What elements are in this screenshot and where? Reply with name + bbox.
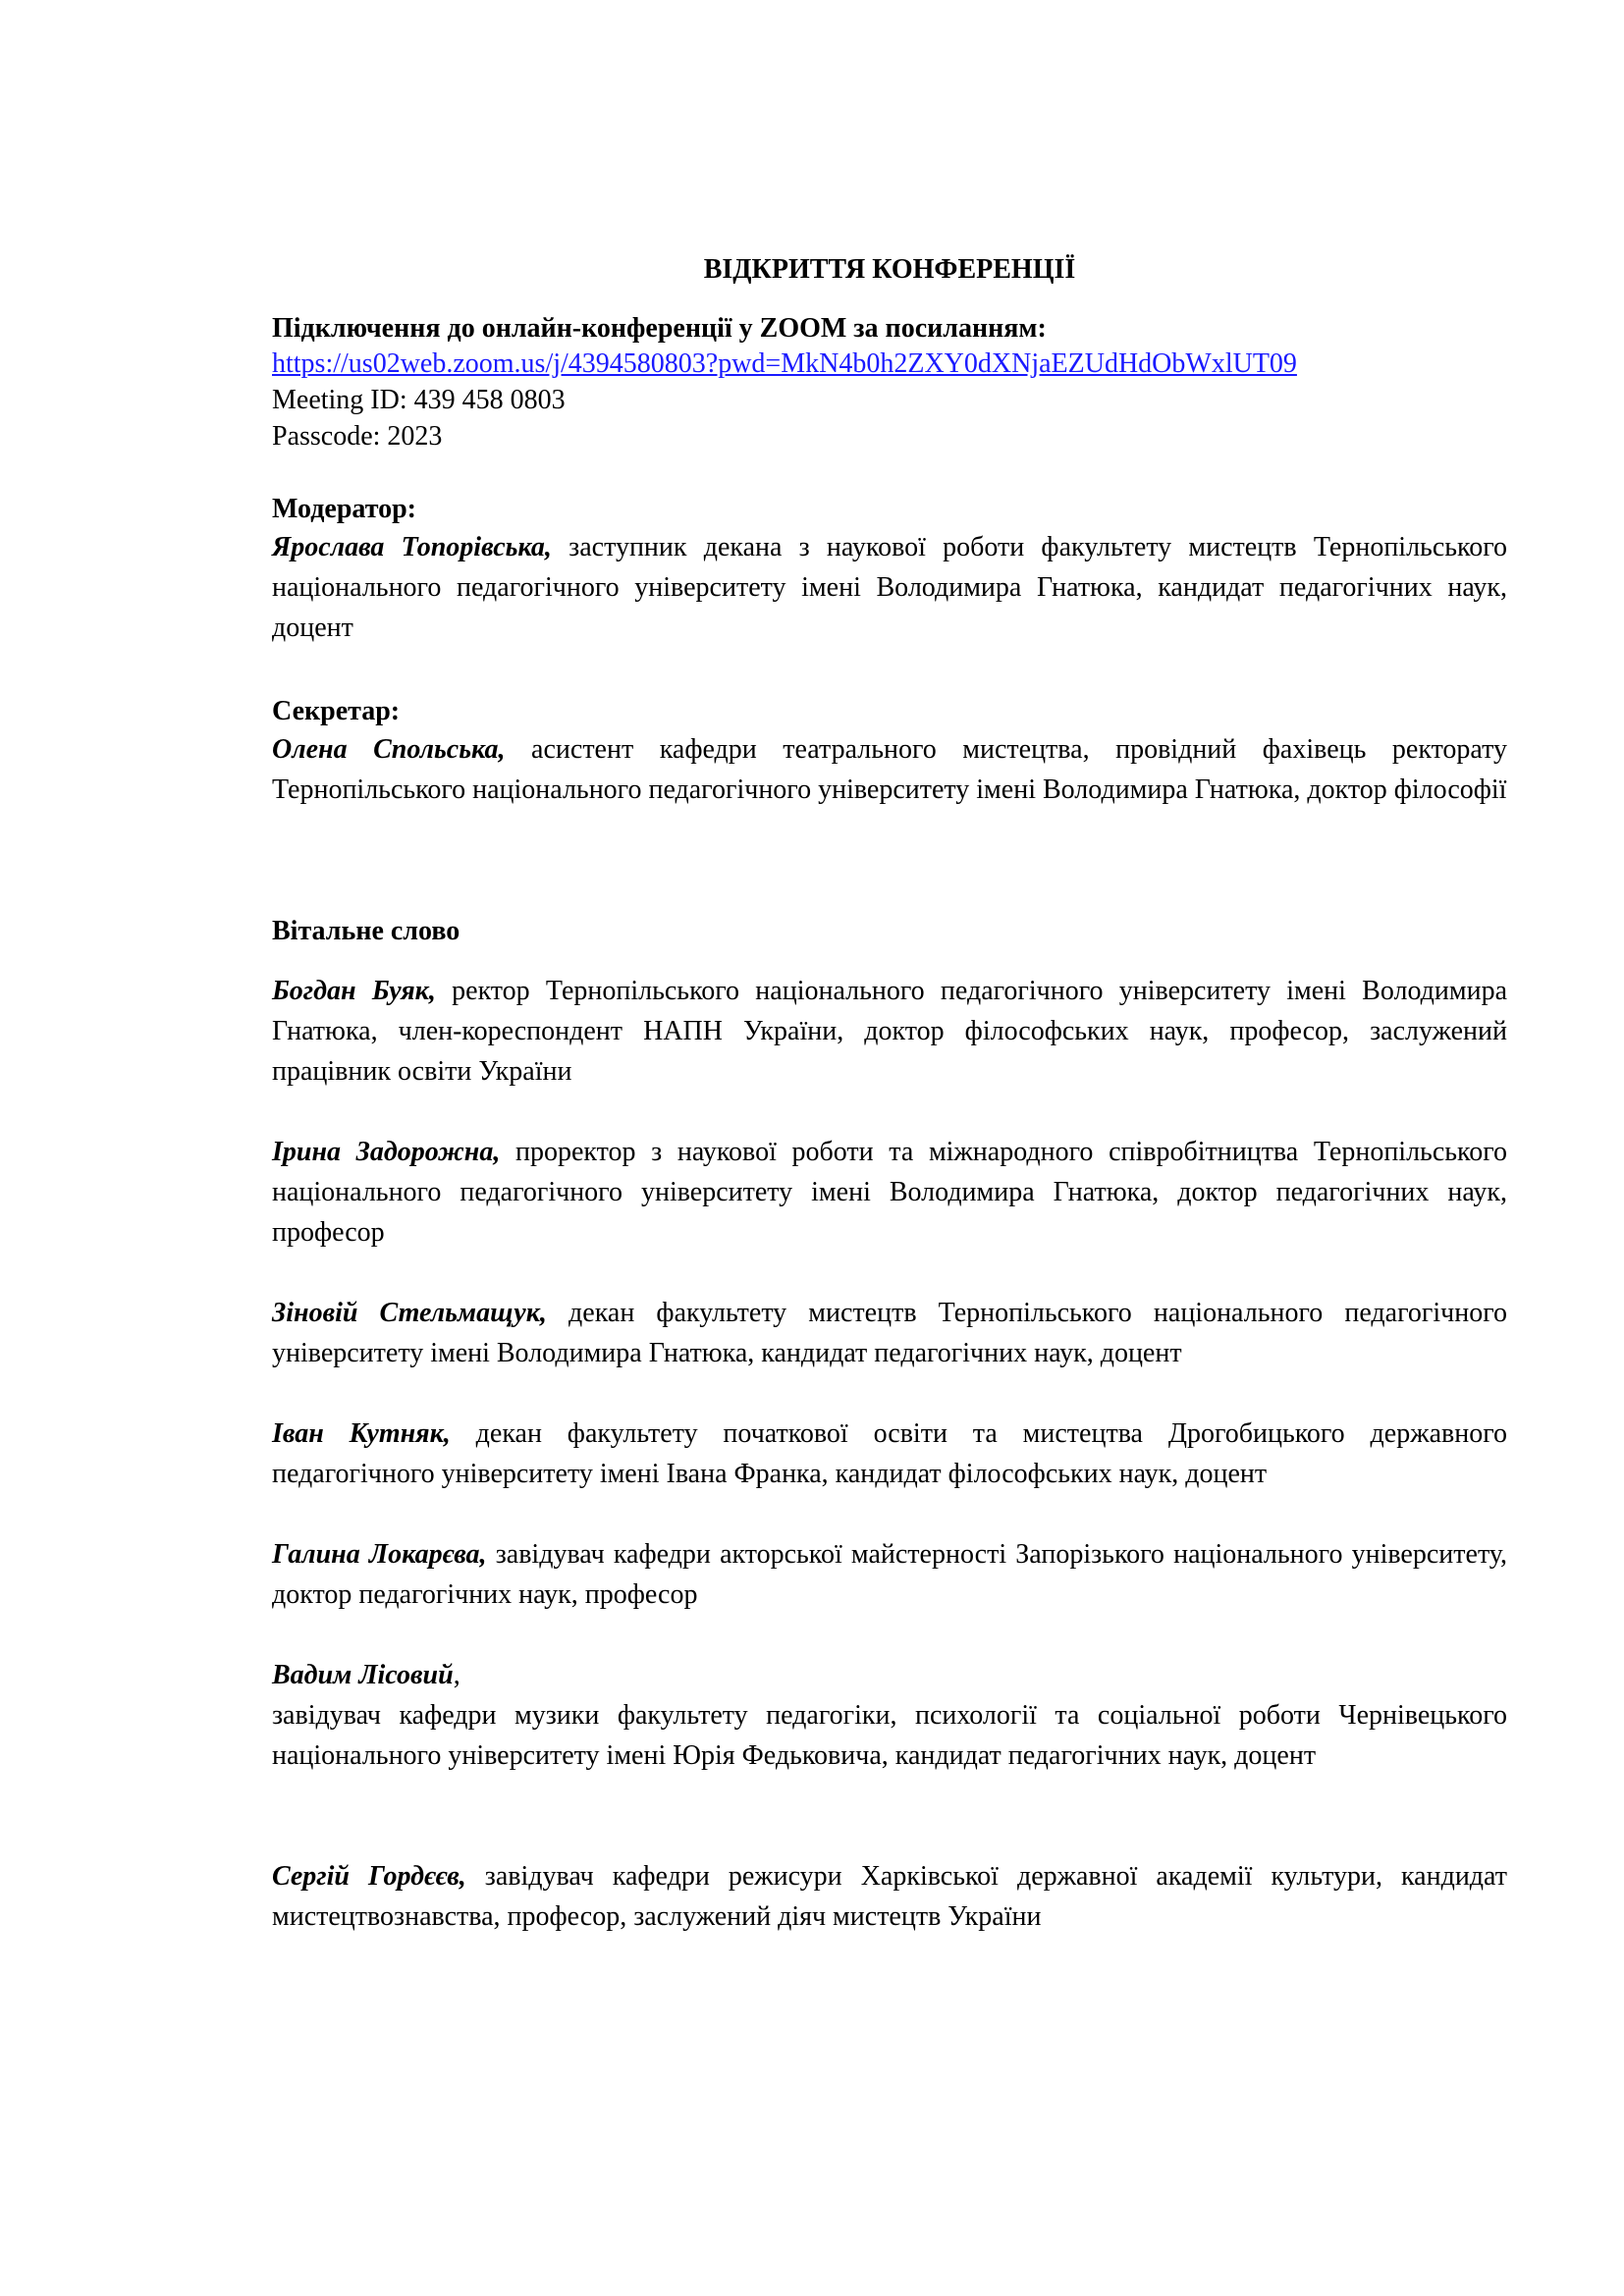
moderator-name: Ярослава Топорівська, [272, 532, 552, 562]
speaker-entry: Ірина Задорожна, проректор з наукової ро… [272, 1132, 1507, 1253]
speaker-name: Богдан Буяк, [272, 976, 436, 1006]
speaker-name: Сергій Гордєєв, [272, 1861, 466, 1892]
page-title: ВІДКРИТТЯ КОНФЕРЕНЦІЇ [272, 253, 1507, 287]
speaker-name: Ірина Задорожна, [272, 1137, 500, 1167]
speaker-name: Іван Кутняк, [272, 1418, 451, 1449]
zoom-label: Підключення до онлайн-конференції у ZOOM… [272, 312, 1047, 346]
passcode: Passcode: 2023 [272, 420, 442, 454]
speaker-entry: Зіновій Стельмащук, декан факультету мис… [272, 1293, 1507, 1373]
secretary-heading: Секретар: [272, 695, 400, 728]
moderator-entry: Ярослава Топорівська, заступник декана з… [272, 527, 1507, 648]
speaker-description: декан факультету початкової освіти та ми… [272, 1418, 1507, 1489]
speaker-entry: Галина Локарєва, завідувач кафедри актор… [272, 1534, 1507, 1615]
zoom-link-line: https://us02web.zoom.us/j/4394580803?pwd… [272, 347, 1297, 381]
speaker-name: Галина Локарєва, [272, 1539, 487, 1570]
secretary-entry: Олена Спольська, асистент кафедри театра… [272, 729, 1507, 810]
speaker-entry: Іван Кутняк, декан факультету початкової… [272, 1414, 1507, 1494]
meeting-id: Meeting ID: 439 458 0803 [272, 384, 566, 417]
welcome-heading: Вітальне слово [272, 915, 460, 948]
speaker-name: Зіновій Стельмащук, [272, 1298, 547, 1328]
speaker-name: Вадим Лісовий [272, 1660, 454, 1690]
speaker-entry: Богдан Буяк, ректор Тернопільського наці… [272, 971, 1507, 1092]
zoom-link[interactable]: https://us02web.zoom.us/j/4394580803?pwd… [272, 348, 1297, 379]
secretary-name: Олена Спольська, [272, 734, 506, 765]
speaker-entry: Сергій Гордєєв, завідувач кафедри режису… [272, 1856, 1507, 1937]
speaker-description: завідувач кафедри музики факультету педа… [272, 1700, 1507, 1771]
speaker-description: ректор Тернопільського національного пед… [272, 976, 1507, 1087]
speaker-name-suffix: , [454, 1660, 460, 1690]
speaker-entry: Вадим Лісовий,завідувач кафедри музики ф… [272, 1655, 1507, 1776]
moderator-heading: Модератор: [272, 493, 416, 526]
